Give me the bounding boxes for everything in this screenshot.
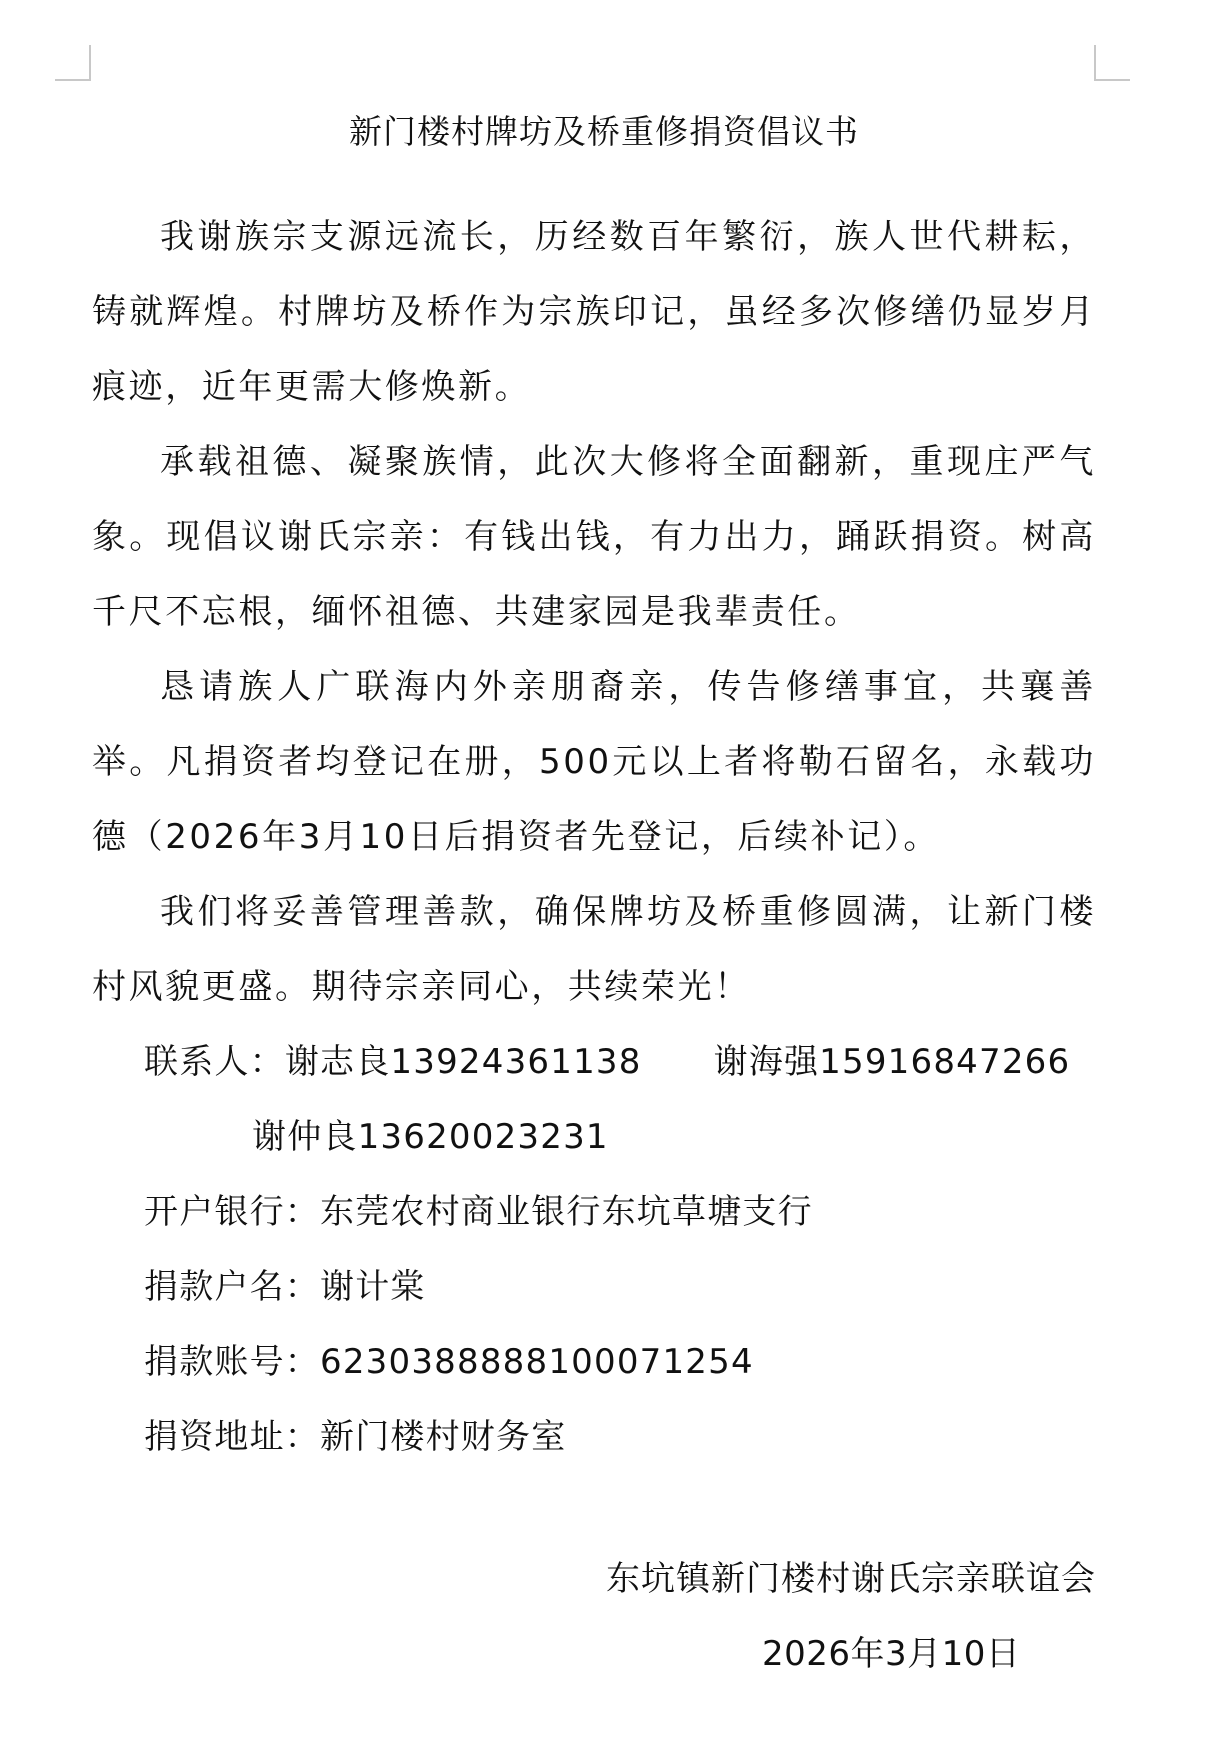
address-value: 新门楼村财务室: [320, 1417, 566, 1457]
bank-label: 开户银行：: [144, 1192, 320, 1232]
contacts-label: 联系人：: [144, 1042, 285, 1082]
document-body: 我谢族宗支源远流长，历经数百年繁衍，族人世代耕耘，铸就辉煌。村牌坊及桥作为宗族印…: [92, 200, 1096, 1475]
address-line: 捐资地址：新门楼村财务室: [92, 1400, 1096, 1475]
account-number-line: 捐款账号：6230388888100071254: [92, 1325, 1096, 1400]
account-name-value: 谢计棠: [320, 1267, 426, 1307]
bank-line: 开户银行：东莞农村商业银行东坑草塘支行: [92, 1175, 1096, 1250]
contacts-line-2: 谢仲良13620023231: [92, 1100, 1096, 1175]
paragraph-commitment: 我们将妥善管理善款，确保牌坊及桥重修圆满，让新门楼村风貌更盛。期待宗亲同心，共续…: [92, 875, 1096, 1025]
paragraph-heritage: 我谢族宗支源远流长，历经数百年繁衍，族人世代耕耘，铸就辉煌。村牌坊及桥作为宗族印…: [92, 200, 1096, 425]
account-number-label: 捐款账号：: [144, 1342, 320, 1382]
signature-date: 2026年3月10日: [762, 1617, 1020, 1692]
page-title: 新门楼村牌坊及桥重修捐资倡议书: [0, 112, 1208, 152]
address-label: 捐资地址：: [144, 1417, 320, 1457]
contact-person-1: 谢志良13924361138: [285, 1042, 642, 1082]
account-number-value: 6230388888100071254: [320, 1342, 754, 1382]
bank-value: 东莞农村商业银行东坑草塘支行: [320, 1192, 813, 1232]
paragraph-registration: 恳请族人广联海内外亲朋裔亲，传告修缮事宜，共襄善举。凡捐资者均登记在册，500元…: [92, 650, 1096, 875]
page-corner-mark-top-right: [1094, 45, 1130, 81]
account-name-line: 捐款户名：谢计棠: [92, 1250, 1096, 1325]
contact-person-3: 谢仲良13620023231: [252, 1117, 609, 1157]
paragraph-appeal: 承载祖德、凝聚族情，此次大修将全面翻新，重现庄严气象。现倡议谢氏宗亲：有钱出钱，…: [92, 425, 1096, 650]
page-corner-mark-top-left: [55, 45, 91, 81]
contact-person-2: 谢海强15916847266: [714, 1042, 1071, 1082]
contacts-line: 联系人：谢志良13924361138谢海强15916847266: [92, 1025, 1096, 1100]
signature-organization: 东坑镇新门楼村谢氏宗亲联谊会: [606, 1542, 1096, 1617]
account-name-label: 捐款户名：: [144, 1267, 320, 1307]
